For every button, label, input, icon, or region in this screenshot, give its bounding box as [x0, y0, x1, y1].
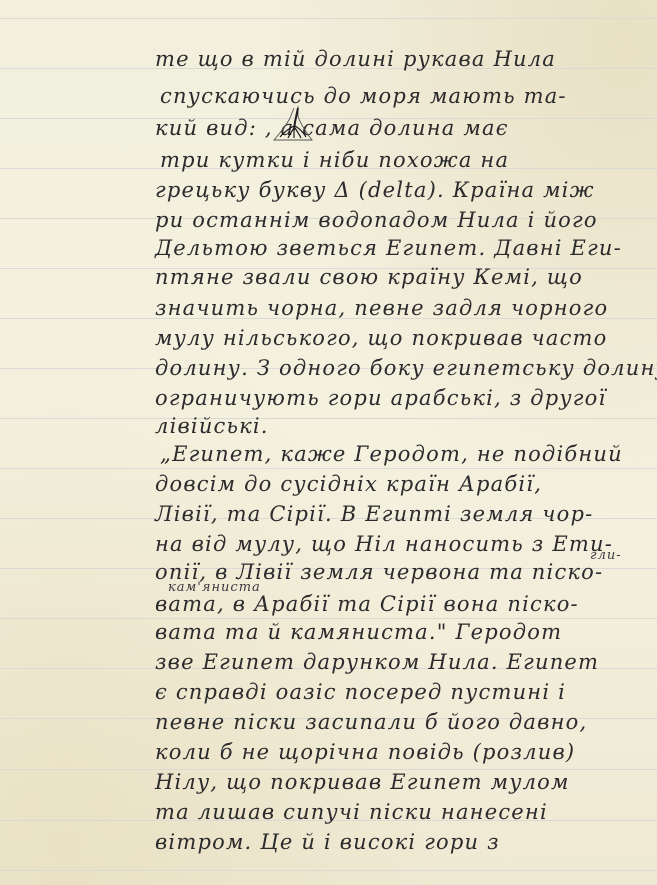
manuscript-line: зве Египет дарунком Нила. Египет [155, 650, 599, 674]
manuscript-line: Нілу, що покривав Египет мулом [155, 770, 570, 794]
manuscript-line: три кутки і ніби похожа на [160, 148, 509, 172]
manuscript-line: довсім до суcідніх країн Арабії, [155, 472, 542, 496]
ruled-line [0, 418, 657, 419]
manuscript-line: та лишав сипучі піски нанесені [155, 800, 548, 824]
manuscript-line: грецьку букву Δ (delta). Країна між [155, 178, 595, 202]
manuscript-line: вата, в Арабії та Сірії вона піско- [155, 592, 579, 616]
manuscript-line: „Египет, каже Геродот, не подібний [160, 442, 623, 466]
manuscript-line: коли б не щорічна повідь (розлив) [155, 740, 575, 764]
ruled-line [0, 618, 657, 619]
manuscript-line: на від мулу, що Ніл наносить з Ети- [155, 532, 613, 556]
manuscript-line: долину. З одного боку египетську долину [155, 356, 657, 380]
ruled-line [0, 468, 657, 469]
manuscript-line: певне піски засипали б його давно, [155, 710, 587, 734]
manuscript-line: вітром. Це й і високі гори з [155, 830, 500, 854]
manuscript-line: вата та й камяниста." Геродот [155, 620, 562, 644]
manuscript-line: те що в тій долині рукава Нила [155, 47, 556, 71]
manuscript-line: значить чорна, певне задля чорного [155, 296, 608, 320]
manuscript-line: лівійські. [155, 414, 269, 438]
manuscript-line: Дельтою зветься Египет. Давні Еги- [155, 236, 622, 260]
interlinear-note: кам'яниста [168, 580, 261, 595]
ruled-line [0, 18, 657, 19]
nile-delta-sketch-icon [268, 104, 318, 146]
manuscript-line: Лівії, та Сірії. В Египті земля чор- [155, 502, 593, 526]
manuscript-line: ограничують гори арабські, з другої [155, 386, 606, 410]
manuscript-line: ри останнім водопадом Нила і його [155, 208, 598, 232]
manuscript-line: кий вид: , а сама долина має [155, 116, 509, 140]
manuscript-line: є справді оазіс посеред пустині і [155, 680, 566, 704]
ruled-line [0, 870, 657, 871]
interlinear-note: гли- [590, 548, 622, 563]
manuscript-line: мулу нільського, що покривав часто [155, 326, 608, 350]
manuscript-line: птяне звали свою країну Кемі, що [155, 265, 583, 289]
manuscript-line: спускаючись до моря мають та- [160, 84, 567, 108]
